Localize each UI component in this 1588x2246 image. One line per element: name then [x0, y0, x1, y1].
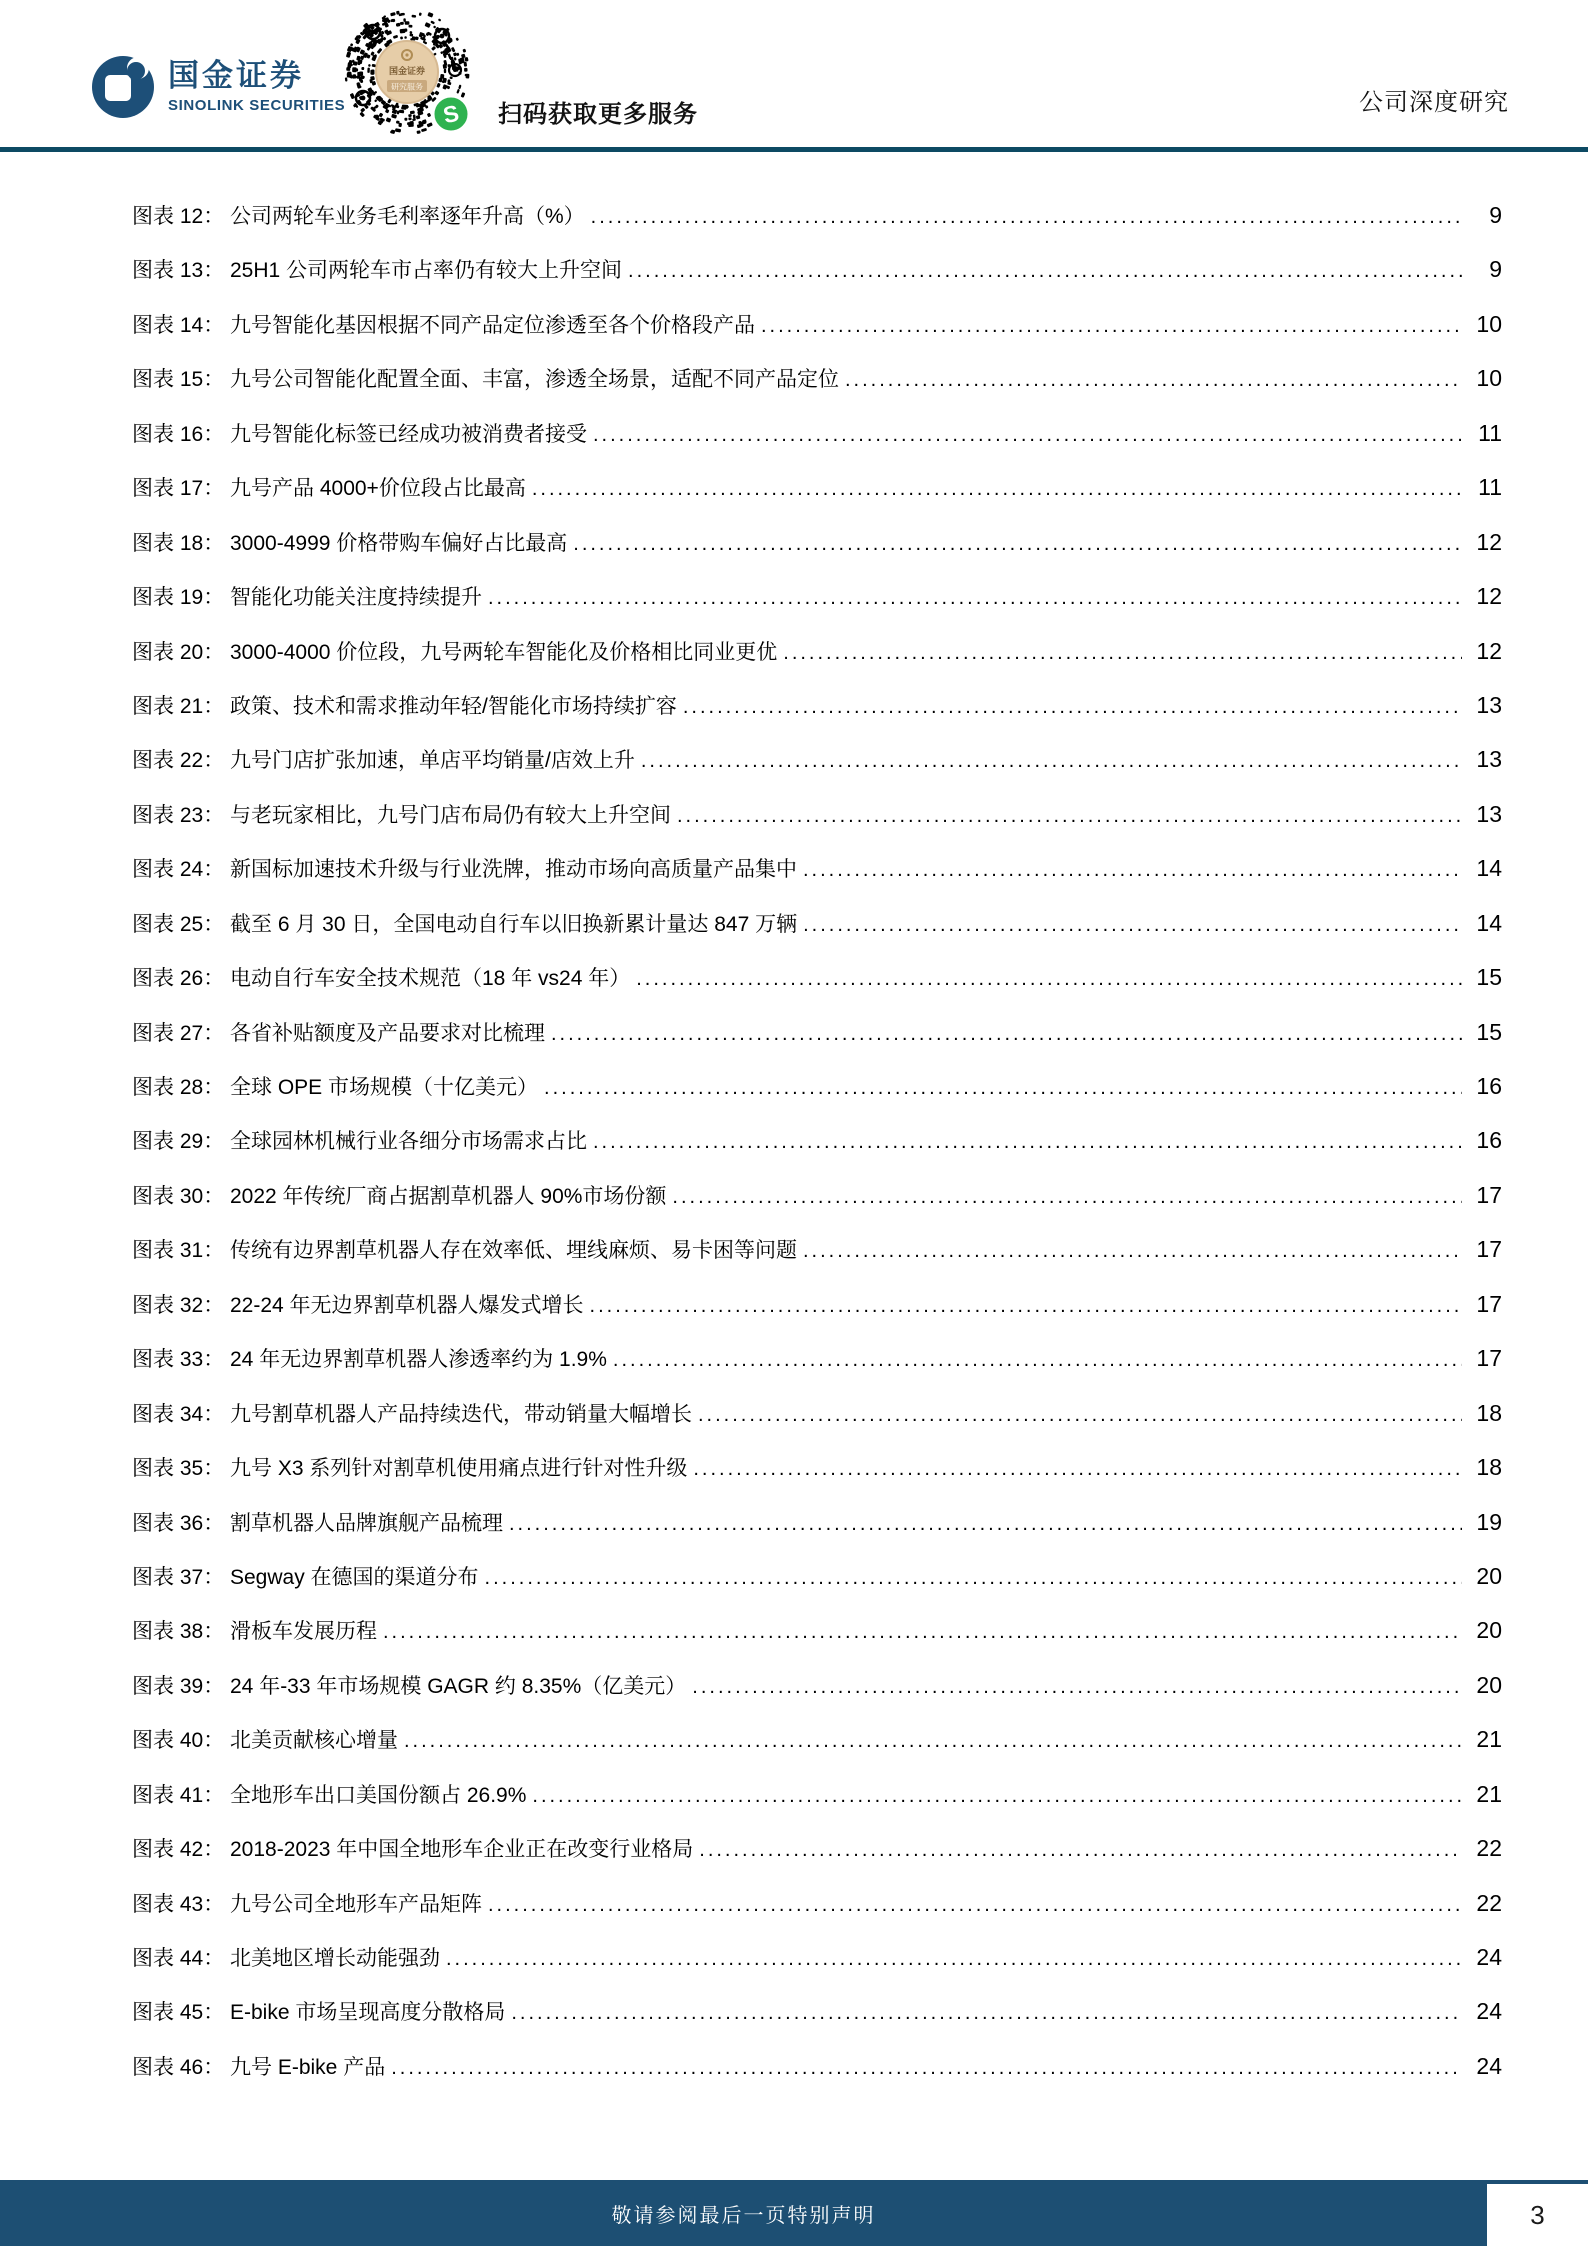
toc-dot-leader — [593, 408, 1462, 462]
toc-entry-page: 17 — [1470, 1222, 1502, 1276]
toc-dot-leader — [803, 898, 1462, 952]
toc-dot-leader — [551, 1007, 1462, 1061]
toc-entry-page: 18 — [1470, 1440, 1502, 1494]
toc-entry-page: 11 — [1470, 406, 1502, 460]
toc-entry-page: 13 — [1470, 732, 1502, 786]
toc-row[interactable]: 图表 27： 各省补贴额度及产品要求对比梳理 15 — [132, 1005, 1502, 1059]
toc-row[interactable]: 图表 20： 3000-4000 价位段，九号两轮车智能化及价格相比同业更优 1… — [132, 624, 1502, 678]
toc-entry-title: 全地形车出口美国份额占 26.9% — [230, 1769, 526, 1823]
toc-entry-label: 图表 35： — [132, 1442, 230, 1496]
toc-entry-page: 24 — [1470, 1930, 1502, 1984]
toc-row[interactable]: 图表 34： 九号割草机器人产品持续迭代，带动销量大幅增长 18 — [132, 1386, 1502, 1440]
toc-dot-leader — [783, 626, 1462, 680]
toc-entry-title: 各省补贴额度及产品要求对比梳理 — [230, 1007, 545, 1061]
toc-entry-label: 图表 14： — [132, 299, 230, 353]
toc-entry-title: 2018-2023 年中国全地形车企业正在改变行业格局 — [230, 1823, 693, 1877]
logo-text: 国金证券 SINOLINK SECURITIES — [168, 56, 345, 116]
list-of-figures: 图表 12： 公司两轮车业务毛利率逐年升高（%） 9 图表 13： 25H1 公… — [132, 188, 1502, 2093]
toc-entry-title: 与老玩家相比，九号门店布局仍有较大上升空间 — [230, 789, 671, 843]
toc-entry-title: 22-24 年无边界割草机器人爆发式增长 — [230, 1279, 584, 1333]
toc-entry-page: 22 — [1470, 1821, 1502, 1875]
toc-dot-leader — [590, 1279, 1462, 1333]
toc-entry-page: 21 — [1470, 1712, 1502, 1766]
toc-row[interactable]: 图表 31： 传统有边界割草机器人存在效率低、埋线麻烦、易卡困等问题 17 — [132, 1222, 1502, 1276]
toc-entry-label: 图表 43： — [132, 1878, 230, 1932]
toc-dot-leader — [591, 190, 1462, 244]
toc-row[interactable]: 图表 22： 九号门店扩张加速，单店平均销量/店效上升 13 — [132, 732, 1502, 786]
toc-entry-label: 图表 22： — [132, 734, 230, 788]
toc-entry-label: 图表 25： — [132, 898, 230, 952]
toc-entry-title: 九号公司全地形车产品矩阵 — [230, 1878, 482, 1932]
toc-entry-page: 19 — [1470, 1495, 1502, 1549]
toc-dot-leader — [845, 353, 1462, 407]
toc-entry-label: 图表 24： — [132, 843, 230, 897]
toc-entry-label: 图表 28： — [132, 1061, 230, 1115]
toc-entry-title: 九号公司智能化配置全面、丰富，渗透全场景，适配不同产品定位 — [230, 353, 839, 407]
toc-entry-label: 图表 33： — [132, 1333, 230, 1387]
toc-dot-leader — [532, 1769, 1462, 1823]
toc-entry-label: 图表 44： — [132, 1932, 230, 1986]
toc-row[interactable]: 图表 23： 与老玩家相比，九号门店布局仍有较大上升空间 13 — [132, 787, 1502, 841]
toc-row[interactable]: 图表 44： 北美地区增长动能强劲 24 — [132, 1930, 1502, 1984]
toc-entry-page: 20 — [1470, 1603, 1502, 1657]
toc-entry-label: 图表 26： — [132, 952, 230, 1006]
report-page: 国金证券 SINOLINK SECURITIES 国金证券 研究服务 S 扫码获… — [0, 0, 1588, 2246]
toc-entry-page: 14 — [1470, 896, 1502, 950]
footer-page-box: 3 — [1487, 2180, 1588, 2246]
toc-entry-label: 图表 29： — [132, 1115, 230, 1169]
toc-dot-leader — [699, 1823, 1462, 1877]
toc-dot-leader — [677, 789, 1462, 843]
toc-entry-page: 20 — [1470, 1658, 1502, 1712]
qr-center-emblem: 国金证券 研究服务 — [376, 41, 438, 103]
toc-row[interactable]: 图表 14： 九号智能化基因根据不同产品定位渗透至各个价格段产品 10 — [132, 297, 1502, 351]
toc-entry-label: 图表 23： — [132, 789, 230, 843]
toc-entry-label: 图表 31： — [132, 1224, 230, 1278]
toc-row[interactable]: 图表 25： 截至 6 月 30 日，全国电动自行车以旧换新累计量达 847 万… — [132, 896, 1502, 950]
toc-entry-title: 九号智能化标签已经成功被消费者接受 — [230, 408, 587, 462]
toc-entry-label: 图表 15： — [132, 353, 230, 407]
toc-entry-label: 图表 34： — [132, 1388, 230, 1442]
footer-disclaimer: 敬请参阅最后一页特别声明 — [612, 2199, 876, 2228]
toc-entry-page: 16 — [1470, 1059, 1502, 1113]
toc-entry-page: 24 — [1470, 2039, 1502, 2093]
toc-entry-label: 图表 30： — [132, 1170, 230, 1224]
brand-name-cn: 国金证券 — [168, 58, 345, 94]
toc-entry-page: 21 — [1470, 1767, 1502, 1821]
toc-entry-title: 传统有边界割草机器人存在效率低、埋线麻烦、易卡困等问题 — [230, 1224, 797, 1278]
toc-entry-label: 图表 45： — [132, 1986, 230, 2040]
toc-row[interactable]: 图表 42： 2018-2023 年中国全地形车企业正在改变行业格局 22 — [132, 1821, 1502, 1875]
qr-code: 国金证券 研究服务 S — [343, 8, 473, 140]
toc-entry-page: 9 — [1470, 242, 1502, 296]
toc-row[interactable]: 图表 15： 九号公司智能化配置全面、丰富，渗透全场景，适配不同产品定位 10 — [132, 351, 1502, 405]
toc-row[interactable]: 图表 26： 电动自行车安全技术规范（18 年 vs24 年） 15 — [132, 950, 1502, 1004]
toc-entry-label: 图表 27： — [132, 1007, 230, 1061]
toc-entry-page: 17 — [1470, 1277, 1502, 1331]
toc-entry-page: 24 — [1470, 1984, 1502, 2038]
toc-row[interactable]: 图表 46： 九号 E-bike 产品 24 — [132, 2039, 1502, 2093]
toc-entry-label: 图表 20： — [132, 626, 230, 680]
toc-entry-title: 北美地区增长动能强劲 — [230, 1932, 440, 1986]
toc-entry-page: 13 — [1470, 787, 1502, 841]
toc-row[interactable]: 图表 45： E-bike 市场呈现高度分散格局 24 — [132, 1984, 1502, 2038]
toc-row[interactable]: 图表 32： 22-24 年无边界割草机器人爆发式增长 17 — [132, 1277, 1502, 1331]
toc-dot-leader — [446, 1932, 1462, 1986]
toc-entry-label: 图表 32： — [132, 1279, 230, 1333]
toc-entry-title: 九号 X3 系列针对割草机使用痛点进行针对性升级 — [230, 1442, 687, 1496]
toc-row[interactable]: 图表 17： 九号产品 4000+价位段占比最高 11 — [132, 460, 1502, 514]
toc-row[interactable]: 图表 40： 北美贡献核心增量 21 — [132, 1712, 1502, 1766]
toc-dot-leader — [761, 299, 1462, 353]
toc-entry-page: 16 — [1470, 1113, 1502, 1167]
wechat-icon: S — [433, 96, 469, 132]
toc-entry-title: 北美贡献核心增量 — [230, 1714, 398, 1768]
toc-dot-leader — [404, 1714, 1462, 1768]
toc-entry-page: 12 — [1470, 624, 1502, 678]
toc-entry-page: 12 — [1470, 515, 1502, 569]
toc-entry-title: 智能化功能关注度持续提升 — [230, 571, 482, 625]
sinolink-logo: 国金证券 SINOLINK SECURITIES — [92, 56, 345, 118]
toc-entry-title: 截至 6 月 30 日，全国电动自行车以旧换新累计量达 847 万辆 — [230, 898, 797, 952]
toc-entry-title: 全球园林机械行业各细分市场需求占比 — [230, 1115, 587, 1169]
header-rule — [0, 147, 1588, 152]
toc-entry-label: 图表 37： — [132, 1551, 230, 1605]
toc-row[interactable]: 图表 19： 智能化功能关注度持续提升 12 — [132, 569, 1502, 623]
toc-row[interactable]: 图表 43： 九号公司全地形车产品矩阵 22 — [132, 1876, 1502, 1930]
toc-dot-leader — [692, 1660, 1462, 1714]
toc-row[interactable]: 图表 38： 滑板车发展历程 20 — [132, 1603, 1502, 1657]
toc-row[interactable]: 图表 36： 割草机器人品牌旗舰产品梳理 19 — [132, 1495, 1502, 1549]
toc-row[interactable]: 图表 13： 25H1 公司两轮车市占率仍有较大上升空间 9 — [132, 242, 1502, 296]
toc-entry-title: 24 年-33 年市场规模 GAGR 约 8.35%（亿美元） — [230, 1660, 686, 1714]
toc-row[interactable]: 图表 21： 政策、技术和需求推动年轻/智能化市场持续扩容 13 — [132, 678, 1502, 732]
toc-entry-label: 图表 41： — [132, 1769, 230, 1823]
toc-entry-label: 图表 12： — [132, 190, 230, 244]
toc-entry-title: 24 年无边界割草机器人渗透率约为 1.9% — [230, 1333, 607, 1387]
toc-dot-leader — [593, 1115, 1462, 1169]
toc-dot-leader — [391, 2041, 1462, 2095]
toc-dot-leader — [698, 1388, 1462, 1442]
toc-row[interactable]: 图表 41： 全地形车出口美国份额占 26.9% 21 — [132, 1767, 1502, 1821]
toc-entry-label: 图表 13： — [132, 244, 230, 298]
toc-entry-title: 2022 年传统厂商占据割草机器人 90%市场份额 — [230, 1170, 666, 1224]
toc-entry-title: 九号产品 4000+价位段占比最高 — [230, 462, 526, 516]
toc-entry-label: 图表 40： — [132, 1714, 230, 1768]
toc-entry-page: 22 — [1470, 1876, 1502, 1930]
toc-entry-label: 图表 21： — [132, 680, 230, 734]
toc-entry-title: 电动自行车安全技术规范（18 年 vs24 年） — [230, 952, 630, 1006]
toc-entry-label: 图表 38： — [132, 1605, 230, 1659]
toc-row[interactable]: 图表 37： Segway 在德国的渠道分布 20 — [132, 1549, 1502, 1603]
toc-row[interactable]: 图表 28： 全球 OPE 市场规模（十亿美元） 16 — [132, 1059, 1502, 1113]
toc-dot-leader — [636, 952, 1462, 1006]
toc-entry-title: 公司两轮车业务毛利率逐年升高（%） — [230, 190, 585, 244]
toc-dot-leader — [573, 517, 1462, 571]
toc-entry-title: 25H1 公司两轮车市占率仍有较大上升空间 — [230, 244, 622, 298]
toc-entry-page: 14 — [1470, 841, 1502, 895]
toc-entry-label: 图表 42： — [132, 1823, 230, 1877]
toc-dot-leader — [488, 571, 1462, 625]
toc-dot-leader — [488, 1878, 1462, 1932]
footer-bar: 敬请参阅最后一页特别声明 — [0, 2180, 1487, 2246]
toc-entry-title: 滑板车发展历程 — [230, 1605, 377, 1659]
toc-dot-leader — [641, 734, 1462, 788]
toc-entry-title: 九号割草机器人产品持续迭代，带动销量大幅增长 — [230, 1388, 692, 1442]
toc-dot-leader — [628, 244, 1462, 298]
svg-text:国金证券: 国金证券 — [389, 65, 425, 76]
toc-entry-page: 17 — [1470, 1331, 1502, 1385]
toc-entry-page: 15 — [1470, 950, 1502, 1004]
toc-dot-leader — [511, 1986, 1462, 2040]
toc-dot-leader — [672, 1170, 1462, 1224]
toc-entry-label: 图表 39： — [132, 1660, 230, 1714]
toc-entry-page: 10 — [1470, 351, 1502, 405]
toc-dot-leader — [532, 462, 1462, 516]
toc-entry-title: 割草机器人品牌旗舰产品梳理 — [230, 1497, 503, 1551]
toc-entry-title: 九号智能化基因根据不同产品定位渗透至各个价格段产品 — [230, 299, 755, 353]
toc-row[interactable]: 图表 18： 3000-4999 价格带购车偏好占比最高 12 — [132, 515, 1502, 569]
toc-dot-leader — [803, 1224, 1462, 1278]
toc-row[interactable]: 图表 30： 2022 年传统厂商占据割草机器人 90%市场份额 17 — [132, 1168, 1502, 1222]
toc-entry-page: 10 — [1470, 297, 1502, 351]
toc-dot-leader — [693, 1442, 1462, 1496]
toc-dot-leader — [544, 1061, 1462, 1115]
toc-dot-leader — [803, 843, 1462, 897]
toc-entry-label: 图表 17： — [132, 462, 230, 516]
svg-text:研究服务: 研究服务 — [391, 82, 423, 92]
toc-row[interactable]: 图表 29： 全球园林机械行业各细分市场需求占比 16 — [132, 1113, 1502, 1167]
sinolink-logo-icon — [92, 56, 154, 118]
toc-entry-page: 9 — [1470, 188, 1502, 242]
toc-row[interactable]: 图表 24： 新国标加速技术升级与行业洗牌，推动市场向高质量产品集中 14 — [132, 841, 1502, 895]
toc-row[interactable]: 图表 12： 公司两轮车业务毛利率逐年升高（%） 9 — [132, 188, 1502, 242]
toc-entry-page: 20 — [1470, 1549, 1502, 1603]
brand-name-en: SINOLINK SECURITIES — [168, 96, 345, 116]
toc-entry-page: 15 — [1470, 1005, 1502, 1059]
toc-entry-page: 12 — [1470, 569, 1502, 623]
toc-row[interactable]: 图表 16： 九号智能化标签已经成功被消费者接受 11 — [132, 406, 1502, 460]
qr-caption: 扫码获取更多服务 — [498, 94, 698, 129]
toc-entry-page: 11 — [1470, 460, 1502, 514]
report-type-label: 公司深度研究 — [1359, 82, 1509, 117]
toc-entry-page: 17 — [1470, 1168, 1502, 1222]
toc-entry-title: 政策、技术和需求推动年轻/智能化市场持续扩容 — [230, 680, 677, 734]
toc-entry-label: 图表 18： — [132, 517, 230, 571]
toc-entry-title: 全球 OPE 市场规模（十亿美元） — [230, 1061, 538, 1115]
toc-entry-title: 3000-4000 价位段，九号两轮车智能化及价格相比同业更优 — [230, 626, 777, 680]
toc-dot-leader — [683, 680, 1462, 734]
toc-entry-page: 13 — [1470, 678, 1502, 732]
toc-dot-leader — [383, 1605, 1462, 1659]
toc-entry-title: 九号 E-bike 产品 — [230, 2041, 385, 2095]
toc-row[interactable]: 图表 33： 24 年无边界割草机器人渗透率约为 1.9% 17 — [132, 1331, 1502, 1385]
toc-row[interactable]: 图表 39： 24 年-33 年市场规模 GAGR 约 8.35%（亿美元） 2… — [132, 1658, 1502, 1712]
toc-entry-page: 18 — [1470, 1386, 1502, 1440]
toc-dot-leader — [613, 1333, 1462, 1387]
toc-entry-title: 九号门店扩张加速，单店平均销量/店效上升 — [230, 734, 635, 788]
toc-entry-label: 图表 36： — [132, 1497, 230, 1551]
toc-entry-label: 图表 19： — [132, 571, 230, 625]
toc-dot-leader — [509, 1497, 1462, 1551]
toc-entry-title: 3000-4999 价格带购车偏好占比最高 — [230, 517, 567, 571]
toc-entry-title: 新国标加速技术升级与行业洗牌，推动市场向高质量产品集中 — [230, 843, 797, 897]
toc-entry-label: 图表 46： — [132, 2041, 230, 2095]
footer-page-number: 3 — [1530, 2200, 1544, 2231]
toc-row[interactable]: 图表 35： 九号 X3 系列针对割草机使用痛点进行针对性升级 18 — [132, 1440, 1502, 1494]
toc-entry-title: Segway 在德国的渠道分布 — [230, 1551, 479, 1605]
toc-entry-title: E-bike 市场呈现高度分散格局 — [230, 1986, 505, 2040]
toc-dot-leader — [485, 1551, 1462, 1605]
toc-entry-label: 图表 16： — [132, 408, 230, 462]
